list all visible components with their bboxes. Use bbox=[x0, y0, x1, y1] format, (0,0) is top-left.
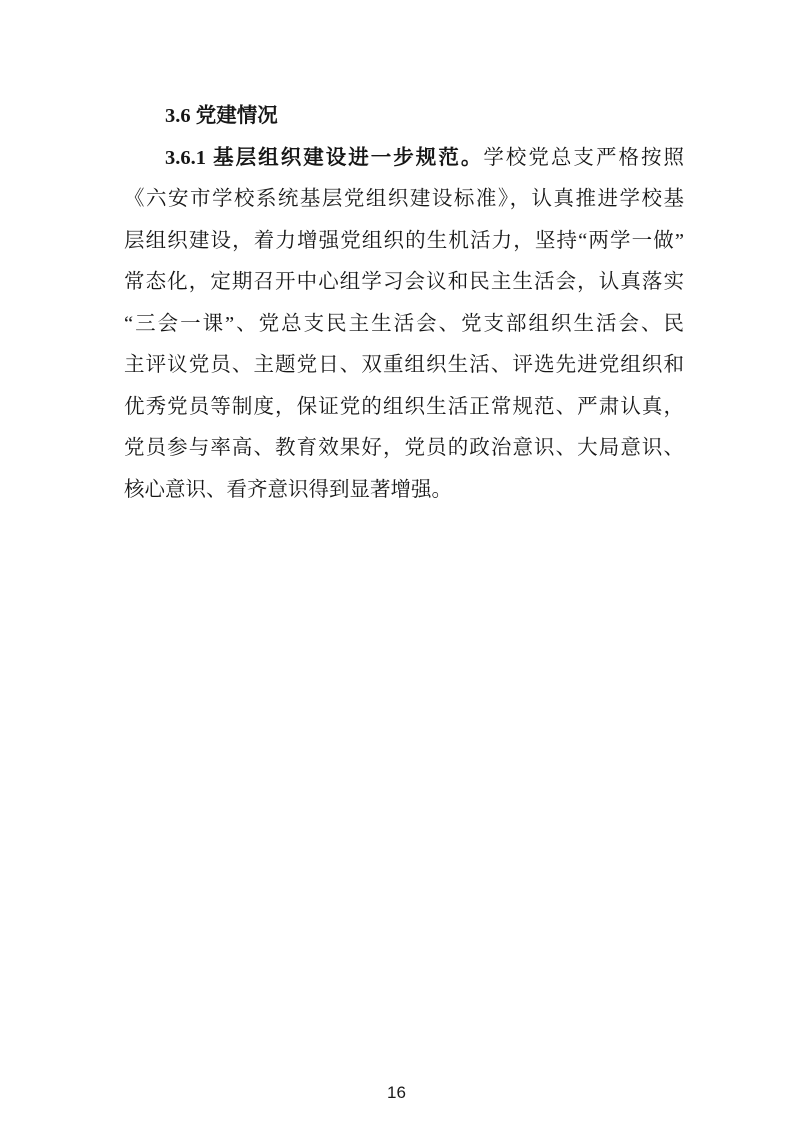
paragraph-line: 主评议党员、主题党日、双重组织生活、评选先进党组织和 bbox=[124, 345, 684, 387]
paragraph-line: 常态化，定期召开中心组学习会议和民主生活会，认真落实 bbox=[124, 262, 684, 304]
subsection-heading: 3.6.1 基层组织建设进一步规范。 bbox=[165, 147, 483, 169]
paragraph-line: “三会一课”、党总支民主生活会、党支部组织生活会、民 bbox=[124, 304, 684, 346]
paragraph-lead-text: 学校党总支严格按照 bbox=[483, 147, 684, 169]
page-number: 16 bbox=[0, 1082, 793, 1104]
paragraph-line: 党员参与率高、教育效果好，党员的政治意识、大局意识、 bbox=[124, 428, 684, 470]
paragraph-line: 优秀党员等制度，保证党的组织生活正常规范、严肃认真， bbox=[124, 387, 684, 429]
document-content: 3.6 党建情况 3.6.1 基层组织建设进一步规范。学校党总支严格按照 《六安… bbox=[124, 96, 684, 511]
paragraph-line: 核心意识、看齐意识得到显著增强。 bbox=[124, 470, 684, 512]
section-heading: 3.6 党建情况 bbox=[124, 96, 684, 138]
paragraph-first-line: 3.6.1 基层组织建设进一步规范。学校党总支严格按照 bbox=[124, 138, 684, 180]
paragraph-line: 《六安市学校系统基层党组织建设标准》，认真推进学校基 bbox=[124, 179, 684, 221]
paragraph-line: 层组织建设，着力增强党组织的生机活力，坚持“两学一做” bbox=[124, 221, 684, 263]
document-page: 3.6 党建情况 3.6.1 基层组织建设进一步规范。学校党总支严格按照 《六安… bbox=[0, 0, 793, 1122]
